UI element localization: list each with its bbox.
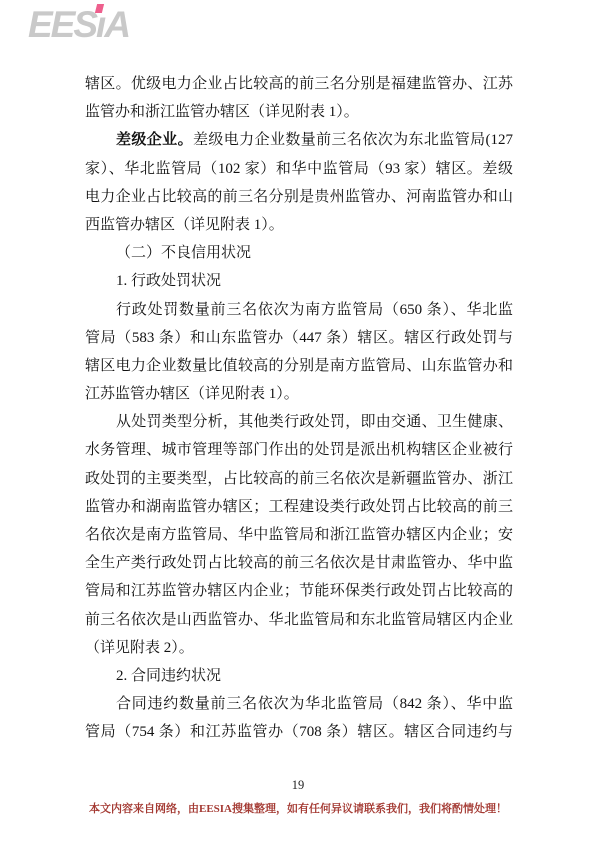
body-line: 管局（583 条）和山东监管办（447 条）辖区。辖区行政处罚与: [85, 324, 513, 352]
body-line: 从处罚类型分析，其他类行政处罚，即由交通、卫生健康、: [85, 408, 513, 436]
body-line: 监管办和湖南监管办辖区；工程建设类行政处罚占比较高的前三: [85, 493, 513, 521]
body-text: 辖区。优级电力企业占比较高的前三名分别是福建监管办、江苏 监管办和浙江监管办辖区…: [85, 70, 513, 747]
document-page: EESıA 辖区。优级电力企业占比较高的前三名分别是福建监管办、江苏 监管办和浙…: [0, 0, 596, 842]
body-line: 行政处罚数量前三名依次为南方监管局（650 条）、华北监: [85, 296, 513, 324]
body-line: 监管办和浙江监管办辖区（详见附表 1）。: [85, 98, 513, 126]
body-line: 辖区电力企业数量比值较高的分别是南方监管局、山东监管办和: [85, 352, 513, 380]
page-number: 19: [0, 778, 596, 793]
body-line-rest: 差级电力企业数量前三名依次为东北监管局(127: [193, 132, 513, 148]
subsection-heading: 1. 行政处罚状况: [85, 267, 513, 295]
body-line: 全生产类行政处罚占比较高的前三名依次是甘肃监管办、华中监: [85, 549, 513, 577]
body-line: 政处罚的主要类型，占比较高的前三名依次是新疆监管办、浙江: [85, 465, 513, 493]
paragraph-lead-bold: 差级企业。: [116, 132, 193, 148]
body-line: 西监管办辖区（详见附表 1）。: [85, 211, 513, 239]
body-line: 合同违约数量前三名依次为华北监管局（842 条）、华中监: [85, 690, 513, 718]
body-line: 江苏监管办辖区（详见附表 1）。: [85, 380, 513, 408]
body-line: 管局（754 条）和江苏监管办（708 条）辖区。辖区合同违约与: [85, 718, 513, 746]
body-line: 辖区。优级电力企业占比较高的前三名分别是福建监管办、江苏: [85, 70, 513, 98]
body-line: 前三名依次是山西监管办、华北监管局和东北监管局辖区内企业: [85, 606, 513, 634]
body-line: 差级企业。差级电力企业数量前三名依次为东北监管局(127: [85, 126, 513, 154]
logo-letter-i: ı: [96, 4, 104, 46]
body-line: 水务管理、城市管理等部门作出的处罚是派出机构辖区企业被行: [85, 436, 513, 464]
section-heading: （二）不良信用状况: [85, 239, 513, 267]
footer-disclaimer: 本文内容来自网络，由EESIA搜集整理，如有任何异议请联系我们，我们将酌情处理！: [0, 800, 596, 816]
body-line: 管局和江苏监管办辖区内企业；节能环保类行政处罚占比较高的: [85, 577, 513, 605]
body-line: 家）、华北监管局（102 家）和华中监管局（93 家）辖区。差级: [85, 155, 513, 183]
body-line: （详见附表 2）。: [85, 634, 513, 662]
logo-text-a: A: [104, 4, 129, 45]
logo-text-ees: EES: [28, 4, 96, 45]
body-line: 电力企业占比较高的前三名分别是贵州监管办、河南监管办和山: [85, 183, 513, 211]
body-line: 名依次是南方监管局、华中监管局和浙江监管办辖区内企业；安: [85, 521, 513, 549]
subsection-heading: 2. 合同违约状况: [85, 662, 513, 690]
eesia-logo: EESıA: [28, 4, 129, 46]
